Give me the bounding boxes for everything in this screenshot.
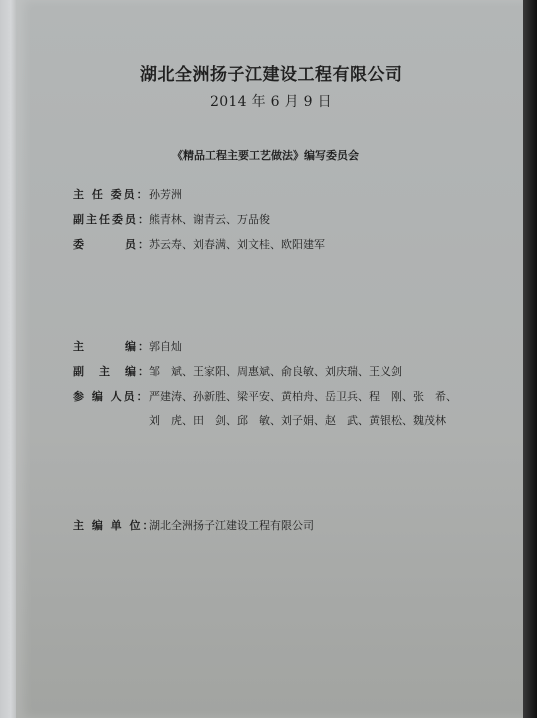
row-value: 郭自灿 — [149, 338, 182, 354]
row-label: 主 任 委员： — [73, 186, 149, 202]
row-value: 熊青林、谢青云、万品俊 — [149, 211, 270, 227]
row-label: 委 员： — [73, 236, 149, 252]
contributing-editors-row-continued: 刘 虎、田 剑、邱 敏、刘子娟、赵 武、黄银松、魏茂林 — [73, 412, 446, 428]
row-label: 主 编： — [73, 338, 149, 354]
company-name: 湖北全洲扬子江建设工程有限公司 — [140, 60, 403, 85]
row-value: 湖北全洲扬子江建设工程有限公司 — [149, 517, 314, 533]
committee-director-row: 主 任 委员：孙芳洲 — [73, 186, 182, 202]
committee-members-row: 委 员：苏云寿、刘春满、刘文桂、欧阳建军 — [73, 236, 325, 252]
document-date: 2014 年 6 月 9 日 — [210, 91, 332, 111]
row-label: 副主任委员： — [73, 211, 149, 227]
row-label: 主 编 单 位： — [73, 517, 149, 533]
chief-editor-row: 主 编：郭自灿 — [73, 338, 182, 354]
row-value: 严建涛、孙新胜、梁平安、黄柏舟、岳卫兵、程 刚、张 希、 — [149, 388, 457, 404]
row-value: 刘 虎、田 剑、邱 敏、刘子娟、赵 武、黄银松、魏茂林 — [149, 412, 446, 428]
committee-deputy-director-row: 副主任委员：熊青林、谢青云、万品俊 — [73, 211, 270, 227]
contributing-editors-row: 参 编 人员：严建涛、孙新胜、梁平安、黄柏舟、岳卫兵、程 刚、张 希、 — [73, 388, 457, 404]
row-label: 参 编 人员： — [73, 388, 149, 404]
deputy-editor-row: 副 主 编：邹 斌、王家阳、周惠斌、俞良敏、刘庆瑞、王义剑 — [73, 363, 402, 379]
row-label: 副 主 编： — [73, 363, 149, 379]
row-value: 苏云寿、刘春满、刘文桂、欧阳建军 — [149, 236, 325, 252]
background-right-edge — [523, 0, 537, 718]
committee-title: 《精品工程主要工艺做法》编写委员会 — [172, 147, 359, 163]
row-value: 孙芳洲 — [149, 186, 182, 202]
publisher-row: 主 编 单 位：湖北全洲扬子江建设工程有限公司 — [73, 517, 314, 533]
row-value: 邹 斌、王家阳、周惠斌、俞良敏、刘庆瑞、王义剑 — [149, 363, 402, 379]
